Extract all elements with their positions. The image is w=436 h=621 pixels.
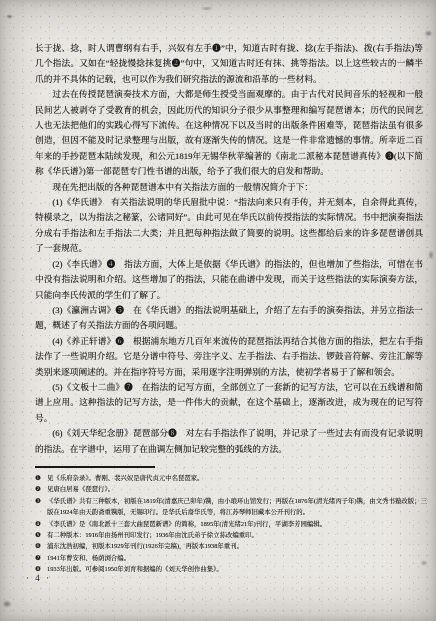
body-text: 长于拢、捻，时人谓曹纲有右手，兴奴有左手❶”中，知道古时有拢、捻(左手指法)、拨… [35, 41, 423, 457]
list-item-5-wenbanshierqu: (5)《文板十二曲》❼ 在指法的记写方面，全部创立了一套新的记写方法，它可以在五… [35, 380, 423, 426]
footnote-text: 1941年曹安和、杨荫浏合编。 [47, 555, 130, 562]
list-item-2-lishipu: (2)《李氏谱》❹ 指法方面，大体上是依据《华氏谱》的指法的，但也增加了些指法，… [35, 257, 423, 303]
footnote: ❽ 1933年出版。可参阅1950年刘育和据编的《刘天华创作曲集》。 [35, 564, 427, 575]
list-item-3-yingzhougudiao: (3)《瀛洲古调》❺ 在《华氏谱》的指法说明基础上，介绍了左右手的演奏指法，并另… [35, 303, 423, 334]
footnote-marker-icon: ❻ [35, 541, 41, 552]
footnote-text: 浦东沈浩初编，初版本1929年刊行(1926年完稿)，再版本1938年重刊。 [47, 543, 243, 550]
footnote-marker-icon: ❹ [35, 519, 41, 530]
footnote: ❺ 有二种版本：1916年由扬州刊印发行；1936年由沈氏弟子徐立荪改编重印。 [35, 530, 427, 541]
scanned-page: 长于拢、捻，时人谓曹纲有右手，兴奴有左手❶”中，知道古时有拢、捻(左手指法)、拨… [0, 0, 436, 621]
footnote-marker-icon: ❷ [35, 484, 41, 495]
footnote-marker-icon: ❺ [35, 530, 41, 541]
list-item-4-yangzhengxuanpu: (4)《养正轩谱》❻ 根据浦东地方几百年来流传的琵琶指法再结合其他方面的指法，把… [35, 334, 423, 380]
footnote-text: 有二种版本：1916年由扬州刊印发行；1936年由沈氏弟子徐立荪改编重印。 [47, 532, 258, 539]
footnote-text: 见唐白居易《琵琶行》。 [47, 486, 114, 493]
scan-noise [424, 30, 433, 37]
footnote-marker-icon: ❶ [35, 473, 41, 484]
footnote-text: 1933年出版。可参阅1950年刘育和据编的《刘天华创作曲集》。 [47, 566, 223, 573]
scan-noise [428, 250, 434, 260]
footnote: ❷ 见唐白居易《琵琶行》。 [35, 484, 427, 495]
footnote: ❼ 1941年曹安和、杨荫浏合编。 [35, 553, 427, 564]
footnote-marker-icon: ❸ [35, 496, 41, 507]
footnotes: ❶ 见《乐府杂录》。曹刚、裴兴奴是唐代贞元中名琵琶家。 ❷ 见唐白居易《琵琶行》… [35, 473, 427, 576]
footnote-text: 见《乐府杂录》。曹刚、裴兴奴是唐代贞元中名琵琶家。 [47, 475, 204, 482]
footnote: ❸ 《华氏谱》共有三种版本，初版在1819年(清嘉庆己卯年)镌，由小琅环山馆发行… [35, 496, 427, 519]
scan-noise [6, 14, 13, 19]
footnote: ❶ 见《乐府杂录》。曹刚、裴兴奴是唐代贞元中名琵琶家。 [35, 473, 427, 484]
footnote-text: 《李氏谱》是《南北派十三套大曲琵琶新谱》的简称，1895年(清光绪21年)刊行，… [47, 521, 326, 528]
footnote: ❻ 浦东沈浩初编，初版本1929年刊行(1926年完稿)，再版本1938年重刊。 [35, 541, 427, 552]
scan-noise [2, 600, 12, 608]
page-number: · 4 · [26, 573, 51, 583]
paragraph: 过去在传授琵琶演奏技术方面，大都是师生授受当面观摩的。由于古代对民间音乐的轻视和… [35, 87, 423, 179]
paragraph: 现在先把出版的各种琵琶谱本中有关指法方面的一般情况简介于下： [35, 180, 423, 195]
list-item-1-huashipu: (1)《华氏谱》 有关指法说明的华氏眉批中说：“指法向来只有手传，并无刻本，自余… [35, 195, 423, 257]
footnote: ❹ 《李氏谱》是《南北派十三套大曲琵琶新谱》的简称，1895年(清光绪21年)刊… [35, 519, 427, 530]
footnote-divider [35, 466, 155, 468]
paragraph: 长于拢、捻，时人谓曹纲有右手，兴奴有左手❶”中，知道古时有拢、捻(左手指法)、拨… [35, 41, 423, 87]
scan-noise [200, 6, 214, 11]
list-item-6-liutianhua: (6)《刘天华纪念册》琵琶部分❽ 对左右手指法作了说明，并记录了一些过去有而没有… [35, 426, 423, 457]
footnote-marker-icon: ❼ [35, 553, 41, 564]
footnote-text: 《华氏谱》共有三种版本，初版在1819年(清嘉庆己卯年)镌，由小琅环山馆发行；再… [47, 498, 427, 516]
